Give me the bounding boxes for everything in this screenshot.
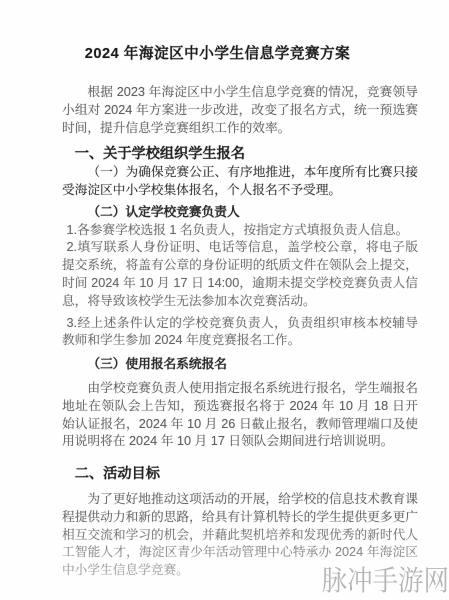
section1-clause1: （一）为确保竞赛公正、有序地推进，本年度所有比赛只接受海淀区中小学校集体报名，个… [62,164,418,200]
section1-clause2-heading: （二）认定学校竞赛负责人 [62,204,418,222]
section1-heading: 一、关于学校组织学生报名 [62,146,418,164]
watermark-text: 脉冲手游网 [322,559,449,599]
document-title: 2024 年海淀区中小学生信息学竞赛方案 [0,42,435,63]
section1-clause2-item2: 2.填写联系人身份证明、电话等信息，盖学校公章，将电子版提交系统，将盖有公章的身… [62,239,418,310]
document-page: 2024 年海淀区中小学生信息学竞赛方案 根据 2023 年海淀区中小学生信息学… [0,0,449,600]
section2-heading: 二、活动目标 [62,466,418,484]
section1-clause3-body: 由学校竞赛负责人使用指定报名系统进行报名，学生端报名地址在领队会上告知，预选赛报… [62,380,418,451]
section1-clause3-heading: （三）使用报名系统报名 [62,356,418,374]
section1-clause2-item3: 3.经上述条件认定的学校竞赛负责人，负责组织审核本校辅导教师和学生参加 2024… [62,315,418,351]
section1-clause2-item1: 1.各参赛学校选报 1 名负责人，按指定方式填报负责人信息。 [62,222,418,240]
document-body: 根据 2023 年海淀区中小学生信息学竞赛的情况，竞赛领导小组对 2024 年方… [62,84,418,580]
intro-paragraph: 根据 2023 年海淀区中小学生信息学竞赛的情况，竞赛领导小组对 2024 年方… [62,84,418,137]
